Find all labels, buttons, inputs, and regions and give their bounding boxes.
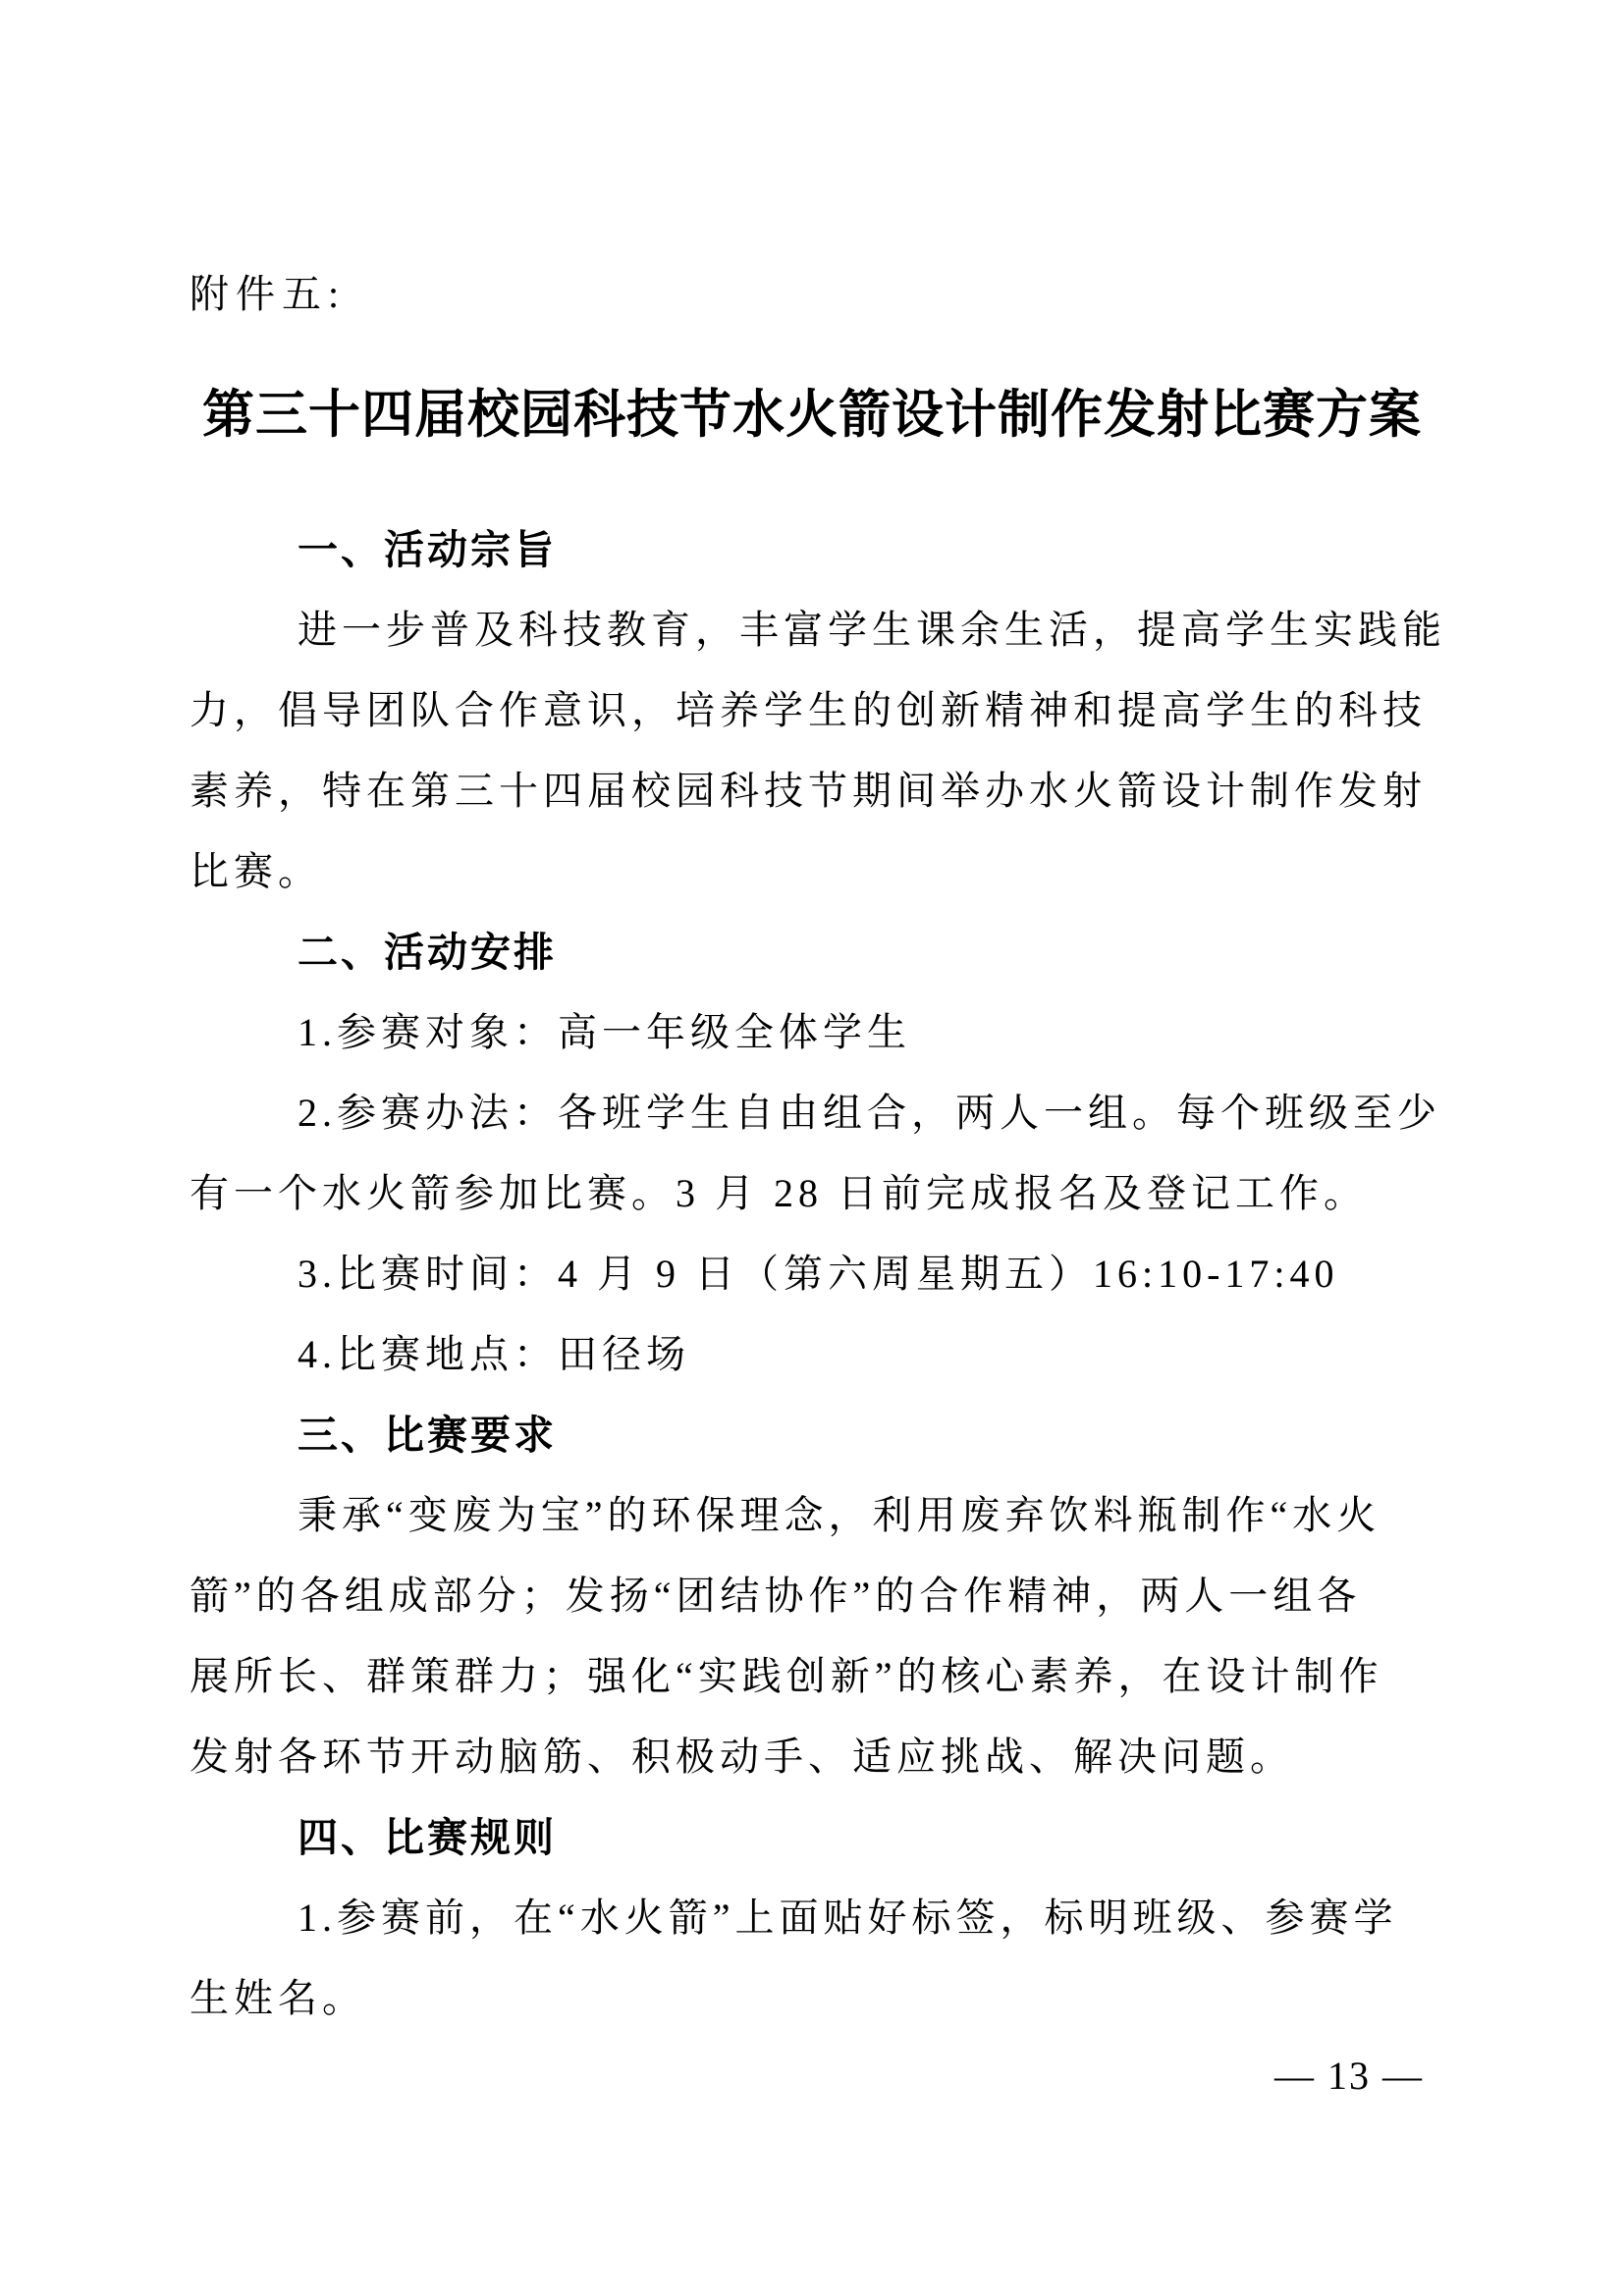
page-number: — 13 — [1274,2054,1424,2099]
body-line: 3.比赛时间：4 月 9 日（第六周星期五）16:10-17:40 [189,1234,1435,1314]
body-line: 1.参赛对象：高一年级全体学生 [189,992,1435,1073]
body-line: 箭”的各组成部分；发扬“团结协作”的合作精神，两人一组各 [189,1556,1435,1636]
body-line: 比赛。 [189,831,1435,912]
section-heading-2: 二、活动安排 [189,912,1435,992]
document-body: 一、活动宗旨 进一步普及科技教育，丰富学生课余生活，提高学生实践能 力，倡导团队… [189,509,1435,2039]
body-line: 秉承“变废为宝”的环保理念，利用废弃饮料瓶制作“水火 [189,1475,1435,1556]
document-page: 附件五: 第三十四届校园科技节水火箭设计制作发射比赛方案 一、活动宗旨 进一步普… [0,0,1624,2296]
body-line: 进一步普及科技教育，丰富学生课余生活，提高学生实践能 [189,590,1435,670]
document-title: 第三十四届校园科技节水火箭设计制作发射比赛方案 [0,383,1624,448]
section-heading-3: 三、比赛要求 [189,1395,1435,1475]
section-heading-1: 一、活动宗旨 [189,509,1435,590]
body-line: 力，倡导团队合作意识，培养学生的创新精神和提高学生的科技 [189,670,1435,751]
body-line: 发射各环节开动脑筋、积极动手、适应挑战、解决问题。 [189,1717,1435,1797]
body-line: 4.比赛地点：田径场 [189,1314,1435,1395]
body-line: 展所长、群策群力；强化“实践创新”的核心素养，在设计制作 [189,1636,1435,1717]
body-line: 生姓名。 [189,1958,1435,2039]
body-line: 1.参赛前，在“水火箭”上面贴好标签，标明班级、参赛学 [189,1878,1435,1958]
body-line: 2.参赛办法：各班学生自由组合，两人一组。每个班级至少 [189,1073,1435,1153]
attachment-label: 附件五: [189,271,346,318]
section-heading-4: 四、比赛规则 [189,1797,1435,1878]
body-line: 有一个水火箭参加比赛。3 月 28 日前完成报名及登记工作。 [189,1153,1435,1234]
body-line: 素养，特在第三十四届校园科技节期间举办水火箭设计制作发射 [189,751,1435,831]
